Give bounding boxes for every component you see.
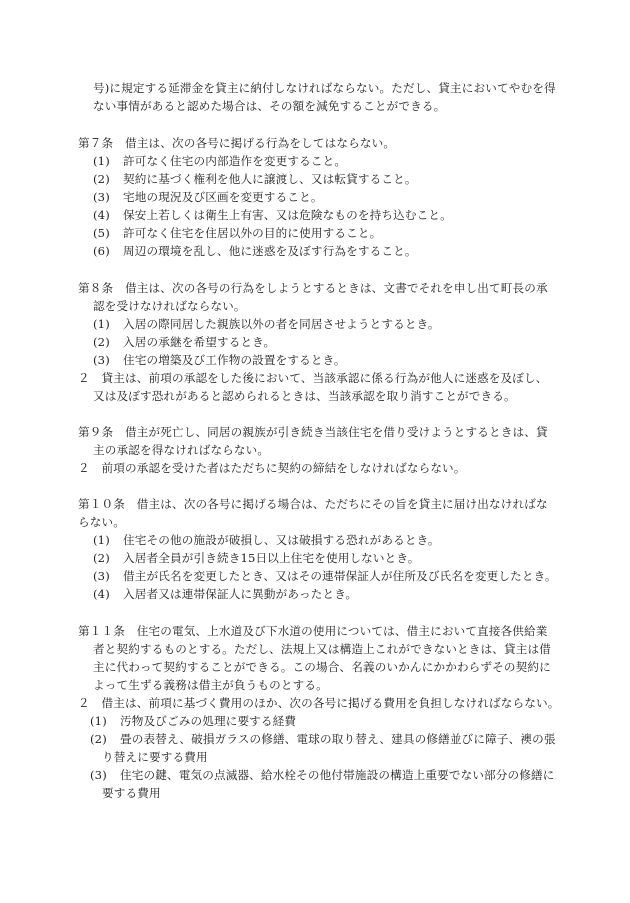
article-11-item-3: (3)住宅の鍵、電気の点滅器、給水栓その他付帯施設の構造上重要でない部分の修繕に: [90, 768, 555, 782]
article-11-item-3-cont: 要する費用: [102, 786, 161, 800]
article-10-item-2: (2)入居者全員が引き続き15日以上住宅を使用しないとき。: [93, 551, 419, 565]
article-9-heading: 第９条 借主が死亡し、同居の親族が引き続き当該住宅を借り受けようとするときは、貸: [78, 425, 548, 439]
article-7-item-4: (4)保安上若しくは衛生上有害、又は危険なものを持ち込むこと。: [93, 208, 452, 222]
article-8-heading-cont: 認を受けなければならない。: [93, 299, 246, 313]
article-8-item-1: (1)入居の際同居した親族以外の者を同居させようとするとき。: [93, 317, 440, 331]
article-11-item-2: (2)畳の表替え、破損ガラスの修繕、電球の取り替え、建具の修繕並びに障子、襖の張: [90, 732, 556, 746]
continuation-line: 号)に規定する延滞金を貸主に納付しなければならない。ただし、貸主においてやむを得: [93, 81, 556, 95]
article-8-heading: 第８条 借主は、次の各号の行為をしようとするときは、文書でそれを申し出て町長の承: [78, 281, 548, 295]
article-8-item-3: (3)住宅の増築及び工作物の設置をするとき。: [93, 353, 346, 367]
article-8-paragraph-2-cont: 又は及ぼす恐れがあると認められるときは、当該承認を取り消すことができる。: [93, 389, 516, 403]
article-11-heading-cont: 主に代わって契約することができる。この場合、名義のいかんにかかわらずその契約に: [93, 660, 551, 674]
article-10-heading-cont: らない。: [78, 515, 125, 529]
article-10-heading: 第１０条 借主は、次の各号に掲げる場合は、ただちにその旨を貸主に届け出なければな: [78, 497, 548, 511]
article-8-item-2: (2)入居の承継を希望するとき。: [93, 335, 275, 349]
article-11-paragraph-2: ２ 借主は、前項に基づく費用のほか、次の各号に掲げる費用を負担しなければならない…: [78, 696, 560, 710]
article-11-heading: 第１１条 住宅の電気、上水道及び下水道の使用については、借主において直接各供給業: [78, 624, 548, 638]
article-11-item-2-cont: り替えに要する費用: [102, 750, 208, 764]
article-7-item-6: (6)周辺の環境を乱し、他に迷惑を及ぼす行為をすること。: [93, 244, 417, 258]
article-7-item-3: (3)宅地の現況及び区画を変更すること。: [93, 190, 323, 204]
article-9-paragraph-2: ２ 前項の承認を受けた者はただちに契約の締結をしなければならない。: [78, 461, 466, 475]
continuation-line: ない事情があると認めた場合は、その額を減免することができる。: [93, 99, 445, 113]
article-10-item-3: (3)借主が氏名を変更したとき、又はその連帯保証人が住所及び氏名を変更したとき。: [93, 569, 557, 583]
article-7-item-2: (2)契約に基づく権利を他人に譲渡し、又は転貸すること。: [93, 172, 417, 186]
article-11-heading-cont: よって生ずる義務は借主が負うものとする。: [93, 678, 328, 692]
article-7-item-1: (1)許可なく住宅の内部造作を変更すること。: [93, 154, 346, 168]
article-10-item-1: (1)住宅その他の施設が破損し、又は破損する恐れがあるとき。: [93, 533, 440, 547]
article-9-heading-cont: 主の承認を得なければならない。: [93, 443, 269, 457]
document-page: 号)に規定する延滞金を貸主に納付しなければならない。ただし、貸主においてやむを得…: [0, 0, 630, 903]
article-7-heading: 第７条 借主は、次の各号に掲げる行為をしてはならない。: [78, 136, 395, 150]
article-8-paragraph-2: ２ 貸主は、前項の承認をした後において、当該承認に係る行為が他人に迷惑を及ぼし、: [78, 371, 548, 385]
article-11-item-1: (1)汚物及びごみの処理に要する経費: [90, 714, 296, 728]
article-10-item-4: (4)入居者又は連帯保証人に異動があったとき。: [93, 587, 357, 601]
article-11-heading-cont: 者と契約するものとする。ただし、法規上又は構造上これができないときは、貸主は借: [93, 642, 551, 656]
article-7-item-5: (5)許可なく住宅を住居以外の目的に使用すること。: [93, 226, 381, 240]
